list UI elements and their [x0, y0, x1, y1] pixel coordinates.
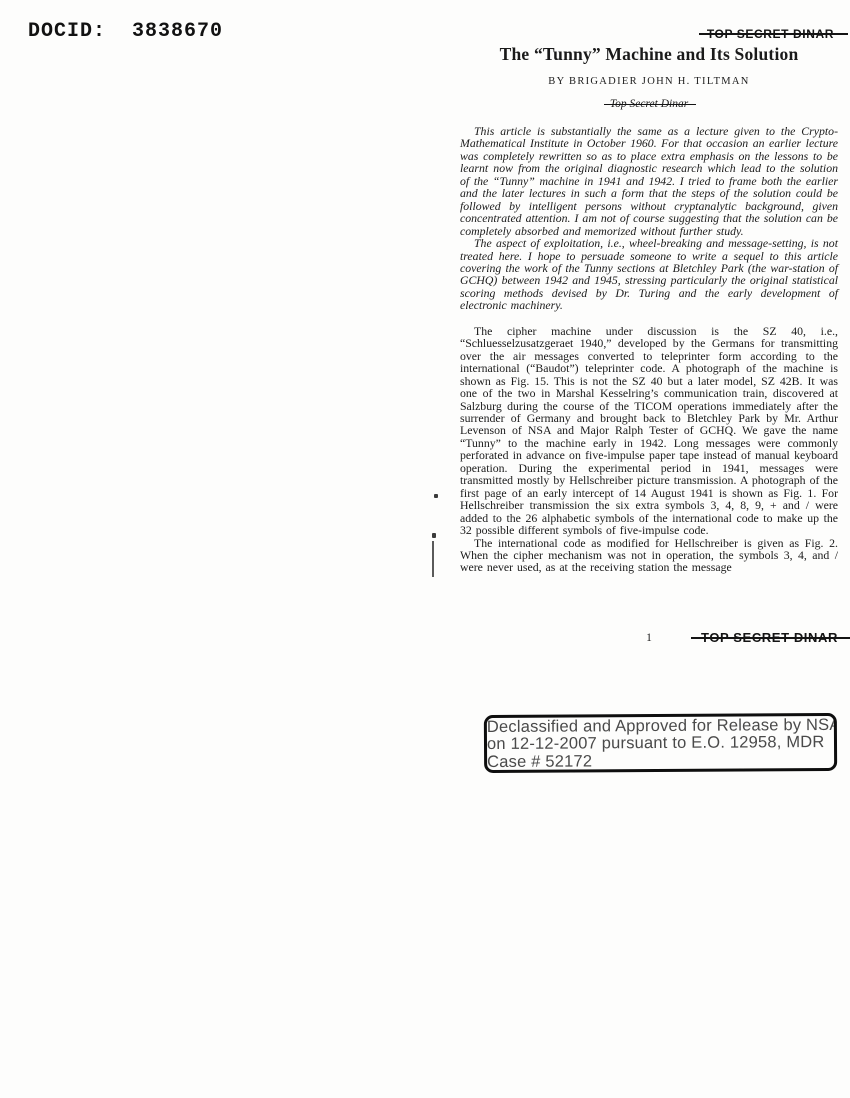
- stamp-line: on 12-12-2007 pursuant to E.O. 12958, MD…: [487, 734, 834, 754]
- classification-note-text: Top Secret Dinar: [610, 98, 688, 110]
- body-section: The cipher machine under discussion is t…: [460, 325, 838, 574]
- scan-artifact-mark: [434, 494, 438, 498]
- classification-note: Top Secret Dinar: [460, 98, 838, 110]
- declassification-stamp: Declassified and Approved for Release by…: [484, 713, 837, 773]
- article-byline: BY BRIGADIER JOHN H. TILTMAN: [460, 76, 838, 87]
- article-column: The “Tunny” Machine and Its Solution BY …: [460, 44, 838, 574]
- article-title: The “Tunny” Machine and Its Solution: [460, 44, 838, 65]
- document-page: DOCID: 3838670 TOP SECRET DINAR The “Tun…: [0, 0, 850, 1098]
- body-paragraph: The international code as modified for H…: [460, 537, 838, 574]
- footer-classification-text: TOP SECRET DINAR: [701, 630, 838, 645]
- stamp-line: Case # 52172: [487, 752, 834, 772]
- docid-label: DOCID: 3838670: [28, 20, 223, 43]
- abstract-paragraph: The aspect of exploitation, i.e., wheel-…: [460, 237, 838, 312]
- scan-artifact-line: [432, 541, 434, 577]
- page-footer: 1 TOP SECRET DINAR: [460, 630, 838, 646]
- header-classification-text: TOP SECRET DINAR: [707, 27, 834, 41]
- header-classification-banner: TOP SECRET DINAR: [707, 25, 834, 43]
- scan-artifact-mark: [432, 533, 436, 538]
- abstract-section: This article is substantially the same a…: [460, 125, 838, 312]
- body-paragraph: The cipher machine under discussion is t…: [460, 325, 838, 537]
- page-number: 1: [646, 632, 652, 644]
- abstract-paragraph: This article is substantially the same a…: [460, 125, 838, 237]
